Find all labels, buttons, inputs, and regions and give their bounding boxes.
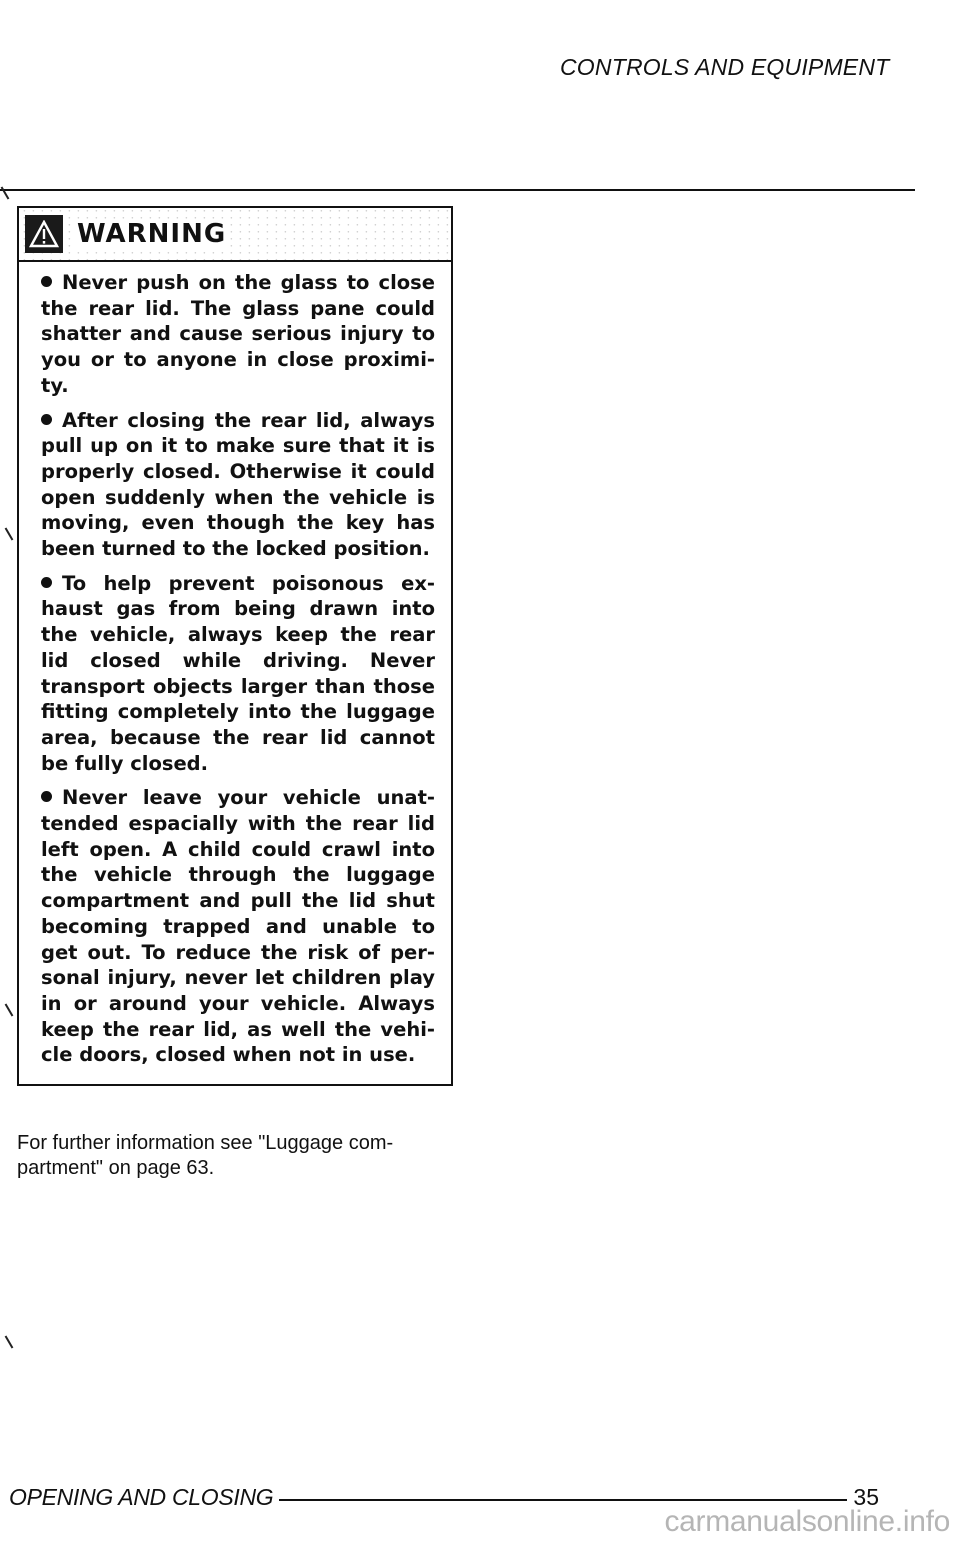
warning-item: Never leave your vehicle unat­tended esp… xyxy=(41,785,435,1068)
footer-divider xyxy=(279,1499,847,1501)
further-info-text: For further information see "Luggage com… xyxy=(17,1131,457,1181)
warning-header: WARNING xyxy=(19,208,451,262)
warning-item: To help prevent poisonous ex­haust gas f… xyxy=(41,571,435,777)
margin-mark xyxy=(5,1003,14,1016)
footer-section-title: OPENING AND CLOSING xyxy=(9,1484,273,1511)
warning-item-text: To help prevent poisonous ex­haust gas f… xyxy=(41,572,435,775)
warning-item: Never push on the glass to close the rea… xyxy=(41,270,435,399)
margin-mark xyxy=(5,1335,14,1348)
warning-triangle-icon xyxy=(25,215,63,253)
warning-item-text: After closing the rear lid, always pull … xyxy=(41,409,435,561)
bullet-icon xyxy=(41,577,52,588)
warning-box: WARNING Never push on the glass to close… xyxy=(17,206,453,1086)
warning-item-text: Never leave your vehicle unat­tended esp… xyxy=(41,786,435,1066)
margin-mark xyxy=(5,527,14,540)
watermark: carmanualsonline.info xyxy=(664,1505,950,1539)
warning-label: WARNING xyxy=(73,219,230,249)
bullet-icon xyxy=(41,276,52,287)
warning-body: Never push on the glass to close the rea… xyxy=(19,262,451,1068)
page-header-title: CONTROLS AND EQUIPMENT xyxy=(560,54,889,81)
warning-item: After closing the rear lid, always pull … xyxy=(41,408,435,562)
bullet-icon xyxy=(41,791,52,802)
warning-item-text: Never push on the glass to close the rea… xyxy=(41,271,435,397)
bullet-icon xyxy=(41,414,52,425)
header-divider xyxy=(0,189,915,191)
